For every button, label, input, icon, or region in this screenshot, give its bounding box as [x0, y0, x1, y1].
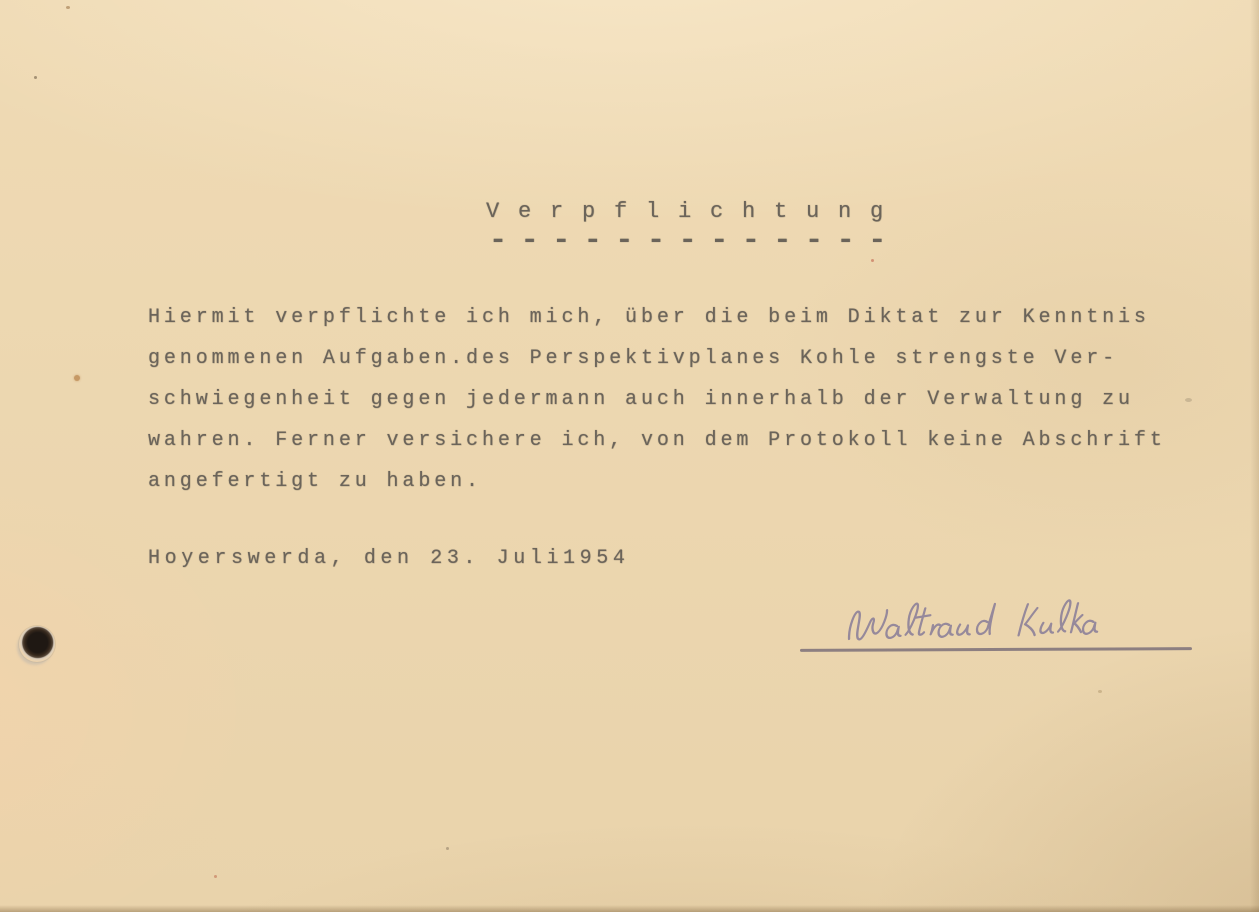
body-line-2: genommenen Aufgaben.des Perspektivplanes… — [148, 338, 1166, 379]
paper-speck — [1185, 398, 1192, 402]
body-line-3: schwiegenheit gegen jedermann auch inner… — [148, 379, 1166, 420]
body-line-4: wahren. Ferner versichere ich, von dem P… — [148, 420, 1166, 461]
dateline: Hoyerswerda, den 23. Juli1954 — [148, 538, 629, 579]
signature: Waltraud Kulka — [845, 594, 1135, 656]
paper-speck — [66, 6, 70, 9]
paper-speck — [214, 875, 217, 878]
paper-speck — [1098, 690, 1102, 693]
paper-speck — [74, 375, 80, 381]
paper-speck — [871, 259, 874, 262]
paper-speck — [34, 76, 37, 79]
signature-handwriting-icon — [840, 591, 1139, 659]
document-title: Verpflichtung — [486, 199, 902, 225]
body-line-5: angefertigt zu haben. — [148, 461, 1166, 502]
paper-bottom-edge-shadow — [0, 905, 1259, 912]
paper-right-edge-shadow — [1250, 0, 1259, 912]
document-body: Hiermit verpflichte ich mich, über die b… — [148, 297, 1166, 502]
scanned-document-page: Verpflichtung ------------- Hiermit verp… — [0, 0, 1259, 912]
title-underline-dashes: ------------- — [489, 228, 900, 255]
punch-hole — [19, 626, 55, 662]
paper-speck — [446, 847, 449, 850]
body-line-1: Hiermit verpflichte ich mich, über die b… — [148, 297, 1166, 338]
signature-name: Waltraud Kulka — [845, 594, 846, 595]
